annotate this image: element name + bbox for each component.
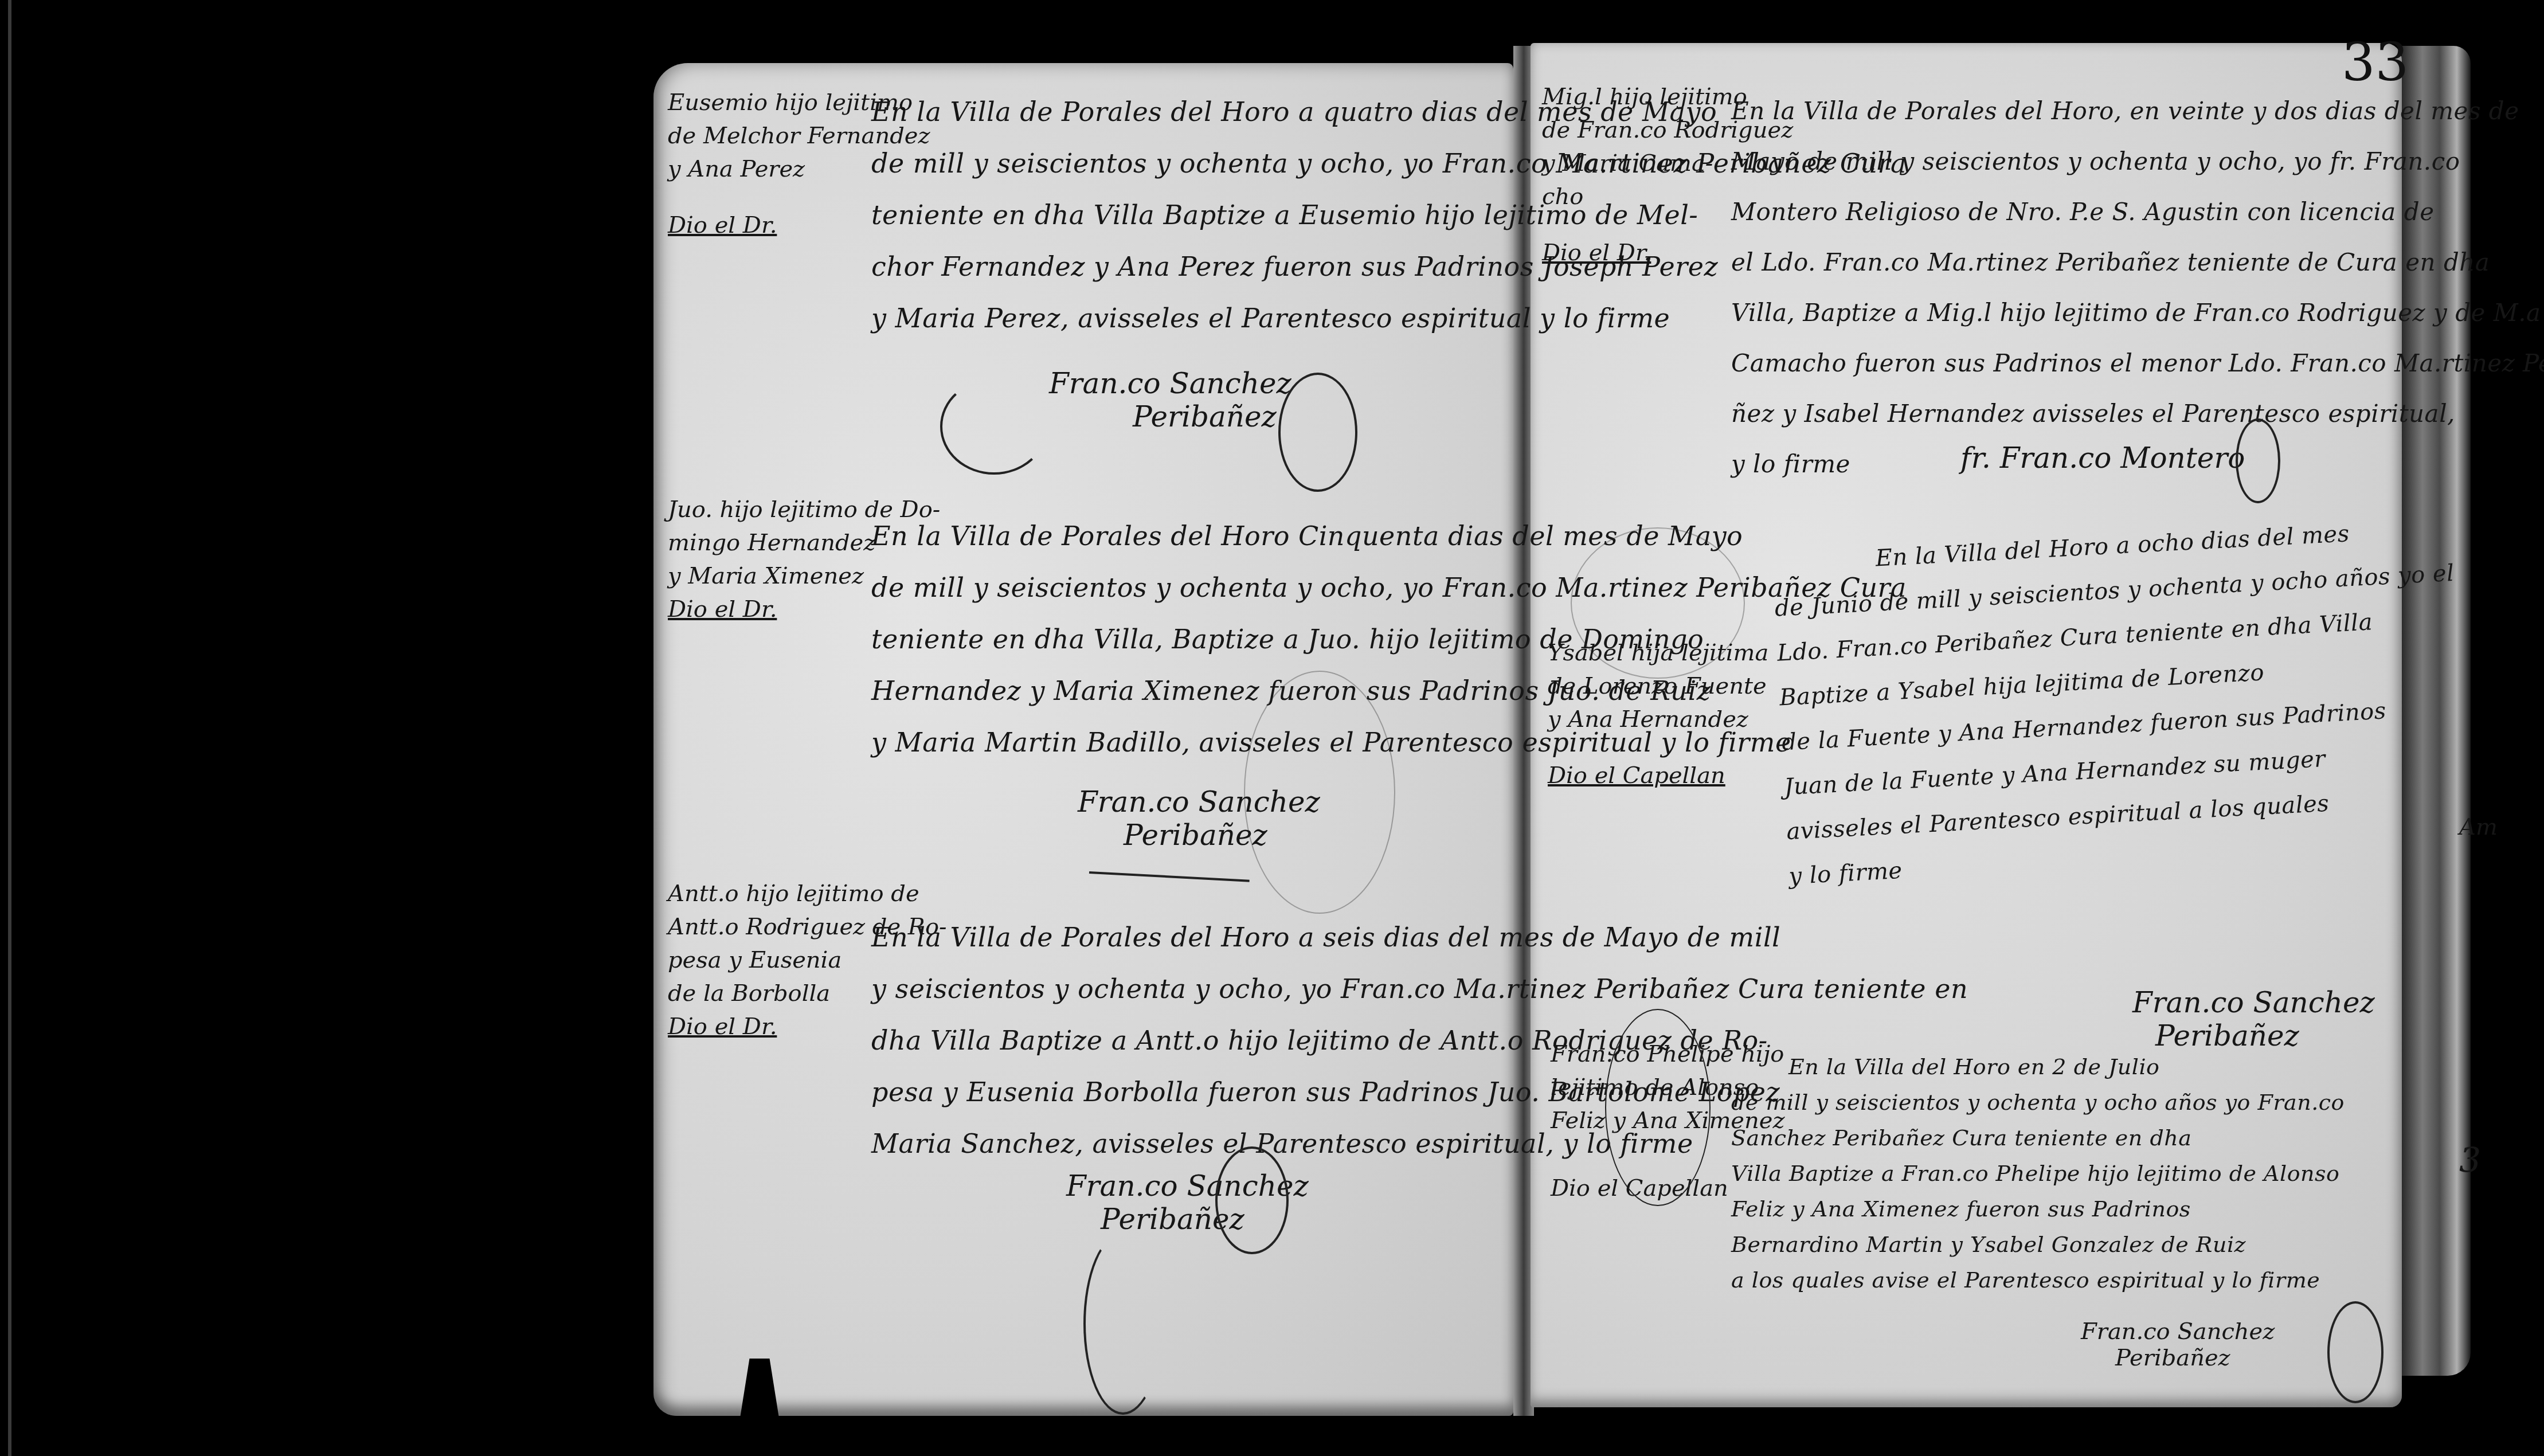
margin-line: y Ana Hernandez: [1548, 703, 1768, 736]
signature-line: fr. Fran.co Montero: [1960, 441, 2245, 475]
signature-flourish: [1083, 1232, 1163, 1415]
entry-line: Sanchez Peribañez Cura teniente en dha: [1731, 1120, 2345, 1156]
entry-line: Montero Religioso de Nro. P.e S. Agustin…: [1731, 187, 2544, 237]
folio-number: 33: [2342, 32, 2409, 93]
signature-line: Fran.co Sanchez: [2132, 986, 2375, 1019]
signature-line: Peribañez: [2115, 1345, 2275, 1371]
entry-text: En la Villa del Horo en 2 de Julio de mi…: [1731, 1049, 2345, 1298]
signature-flourish: [1215, 1146, 1289, 1254]
margin-line: Dio el Capellan: [1548, 759, 1768, 792]
signature-line: Fran.co Sanchez: [2081, 1318, 2275, 1345]
entry-line: de mill y seiscientos y ochenta y ocho, …: [871, 562, 1907, 613]
entry-line: Mayo de mill y seiscientos y ochenta y o…: [1731, 136, 2544, 187]
entry-line: En la Villa de Porales del Horo a seis d…: [871, 911, 1968, 963]
edge-fragment: 3: [2459, 1141, 2481, 1181]
entry-line: el Ldo. Fran.co Ma.rtinez Peribañez teni…: [1731, 237, 2544, 288]
signature-flourish: [940, 378, 1048, 475]
film-edge: [8, 0, 11, 1456]
entry-line: Villa Baptize a Fran.co Phelipe hijo lej…: [1731, 1156, 2345, 1191]
margin-line: Ysabel hija lejitima: [1548, 636, 1768, 670]
entry-line: de mill y seiscientos y ochenta y ocho a…: [1731, 1085, 2345, 1120]
signature-flourish: [2236, 418, 2280, 503]
entry-line: Camacho fueron sus Padrinos el menor Ldo…: [1731, 338, 2544, 389]
bleed-through-flourish: [1244, 671, 1395, 914]
initial-flourish: [1605, 1009, 1711, 1206]
signature-flourish: [2327, 1301, 2383, 1403]
entry-line: En la Villa de Porales del Horo, en vein…: [1731, 86, 2544, 136]
entry-text: En la Villa del Horo a ocho dias del mes…: [1771, 506, 2469, 899]
entry-line: ñez y Isabel Hernandez avisseles el Pare…: [1731, 389, 2544, 439]
entry-line: Feliz y Ana Ximenez fueron sus Padrinos: [1731, 1191, 2345, 1227]
entry-line: y seiscientos y ochenta y ocho, yo Fran.…: [871, 963, 1968, 1015]
entry-line: En la Villa del Horo en 2 de Julio: [1788, 1049, 2345, 1085]
entry-line: En la Villa de Porales del Horo Cinquent…: [871, 510, 1907, 562]
signature-flourish: [1278, 373, 1357, 492]
signature: fr. Fran.co Montero: [1960, 441, 2245, 475]
edge-fragment: Am: [2459, 814, 2498, 840]
signature-line: Peribañez: [2155, 1019, 2375, 1052]
margin-line: de Lorenzo Fuente: [1548, 670, 1768, 703]
signature: Fran.co Sanchez Peribañez: [1049, 367, 1291, 433]
signature: Fran.co Sanchez Peribañez: [2081, 1318, 2275, 1371]
entry-line: Bernardino Martin y Ysabel Gonzalez de R…: [1731, 1227, 2345, 1262]
entry-line: a los quales avise el Parentesco espirit…: [1731, 1262, 2345, 1298]
margin-line: Antt.o hijo lejitimo de: [668, 877, 947, 910]
entry-text: En la Villa de Porales del Horo, en vein…: [1731, 86, 2544, 490]
margin-note: Ysabel hija lejitima de Lorenzo Fuente y…: [1548, 636, 1768, 792]
signature-line: Peribañez: [1118, 400, 1291, 433]
signature: Fran.co Sanchez Peribañez: [2132, 986, 2375, 1052]
signature-line: Fran.co Sanchez: [1049, 367, 1291, 400]
entry-line: Villa, Baptize a Mig.l hijo lejitimo de …: [1731, 288, 2544, 338]
